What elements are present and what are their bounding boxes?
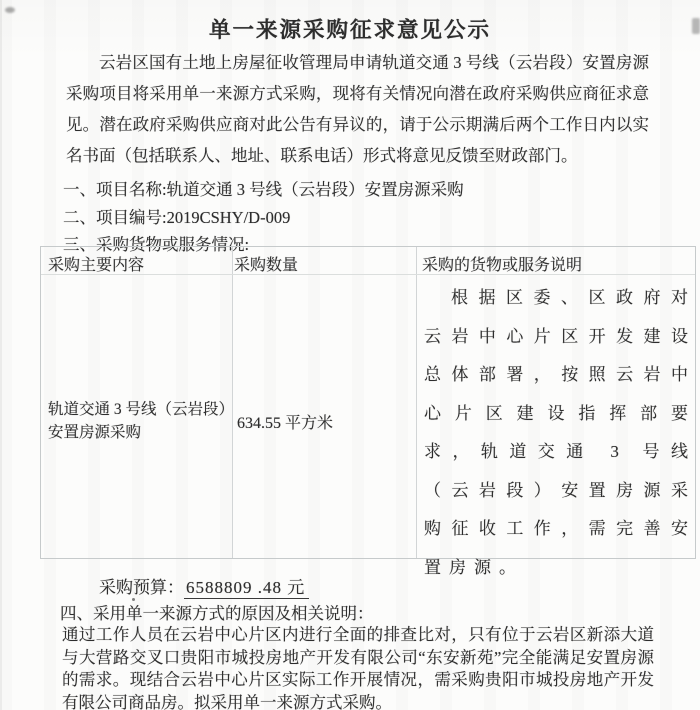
table-header-content: 采购主要内容 — [48, 252, 144, 275]
item-project-name: 一、项目名称:轨道交通 3 号线（云岩段）安置房源采购 — [63, 176, 464, 200]
item-project-number: 二、项目编号:2019CSHY/D-009 — [63, 204, 290, 228]
page-title: 单一来源采购征求意见公示 — [0, 13, 700, 44]
budget-value: 6588809 .48 元 — [184, 578, 309, 599]
budget-line: 采购预算：6588809 .48 元 — [99, 573, 309, 598]
table-header-quantity: 采购数量 — [234, 252, 298, 275]
scan-smudge-top-left — [5, 7, 15, 13]
table-cell-quantity: 634.55 平方米 — [237, 410, 333, 433]
document-page: 单一来源采购征求意见公示 云岩区国有土地上房屋征收管理局申请轨道交通 3 号线（… — [0, 0, 700, 710]
budget-label: 采购预算： — [99, 578, 184, 597]
scan-ink-dot — [132, 598, 135, 601]
intro-paragraph: 云岩区国有土地上房屋征收管理局申请轨道交通 3 号线（云岩段）安置房源采购项目将… — [66, 47, 649, 171]
table-cell-content: 轨道交通 3 号线（云岩段）安置房源采购 — [48, 398, 245, 444]
table-column-divider-2 — [416, 247, 417, 558]
section4-heading: 四、采用单一来源方式的原因及相关说明： — [60, 600, 374, 624]
procurement-table: 采购主要内容 采购数量 采购的货物或服务说明 轨道交通 3 号线（云岩段）安置房… — [40, 246, 696, 559]
scan-smudge-top-right — [692, 18, 700, 34]
table-header-description: 采购的货物或服务说明 — [422, 252, 582, 275]
table-cell-description: 根据区委、区政府对云岩中心片区开发建设总体部署，按照云岩中心片区建设指挥部要求，… — [424, 279, 696, 587]
section4-paragraph: 通过工作人员在云岩中心片区内进行全面的排查比对，只有位于云岩区新添大道与大营路交… — [62, 624, 654, 710]
scan-edge-shadow — [0, 0, 2, 710]
